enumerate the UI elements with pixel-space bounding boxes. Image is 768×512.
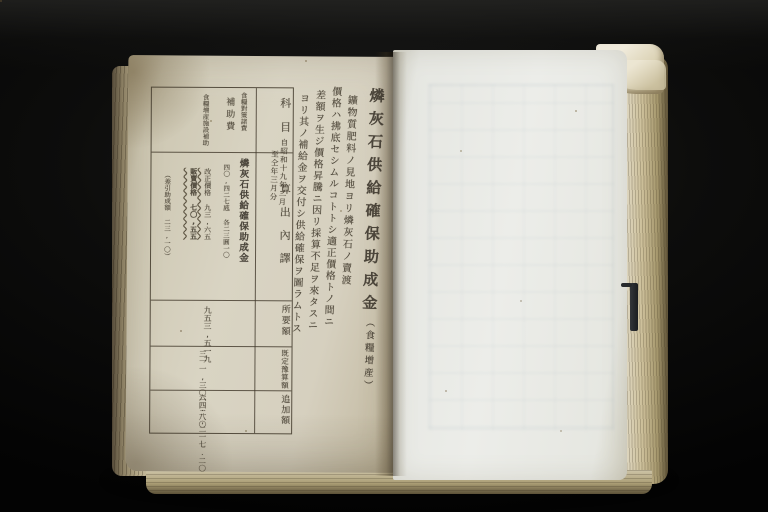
item-cell-line: 食糧對策諸費 — [240, 92, 247, 131]
table-horizontal-rule — [151, 300, 292, 302]
body-text-column: 差額ヲ生ジ價格昇騰ニ因リ採算不足ヲ來タスニ — [305, 89, 324, 331]
item-cell-line: 食糧增産施設補助 — [202, 94, 209, 150]
calc-line-net-subsidy: （差引助成額 二三,一〇） — [163, 172, 170, 292]
item-cell-line: 補助費 — [224, 97, 234, 133]
table-horizontal-rule — [151, 346, 292, 348]
amount-value-additional: 六四二,二一七.二〇 — [198, 394, 206, 472]
show-through-grid-ghost — [428, 84, 614, 430]
subsidy-title-suffix: （食糧增産） — [361, 317, 375, 392]
body-text-column: 價格ハ拂底セシムルコトトシ適正價格トノ間ニ — [321, 86, 340, 328]
right-page-stack-edge — [624, 56, 668, 484]
table-vertical-rule — [254, 88, 257, 433]
photo-of-open-ledger: 燐灰石供給確保助成金（食糧增産） 鑛物質肥料ノ見地ヨリ燐灰石ノ賣渡 價格ハ拂底セ… — [0, 0, 768, 512]
budget-calculation-table: 科目 算出內譯 所要額 既定豫算額 追加額 食糧對策諸費 補助費 食糧增産施設補… — [149, 87, 294, 435]
body-text-column: 鑛物質肥料ノ見地ヨリ燐灰石ノ賣渡 — [338, 95, 355, 287]
table-horizontal-rule — [152, 152, 293, 154]
right-stack-page-streaks — [624, 56, 668, 484]
row-label-required-amount: 所要額 — [261, 304, 289, 337]
table-horizontal-rule — [150, 390, 291, 392]
calc-line-title: 燐灰石供給確保助成金 — [237, 158, 248, 263]
row-label-additional-amount: 追加額 — [260, 394, 288, 426]
header-calculation-detail: 算出內譯 — [260, 160, 291, 298]
row-label-existing-budget: 既定豫算額 — [260, 349, 288, 389]
paper-speckles — [0, 0, 2, 2]
calc-line-selling-price: 販賣價格 七〇,五五 — [189, 168, 197, 240]
calc-line-quantity: 四〇,四二七瓲 各二三圓一〇 — [222, 164, 229, 258]
metal-paper-fastener — [630, 283, 638, 331]
header-item: 科目 — [261, 93, 291, 149]
calc-line-revised-price: 改正價格 九三,六五 — [203, 168, 211, 240]
